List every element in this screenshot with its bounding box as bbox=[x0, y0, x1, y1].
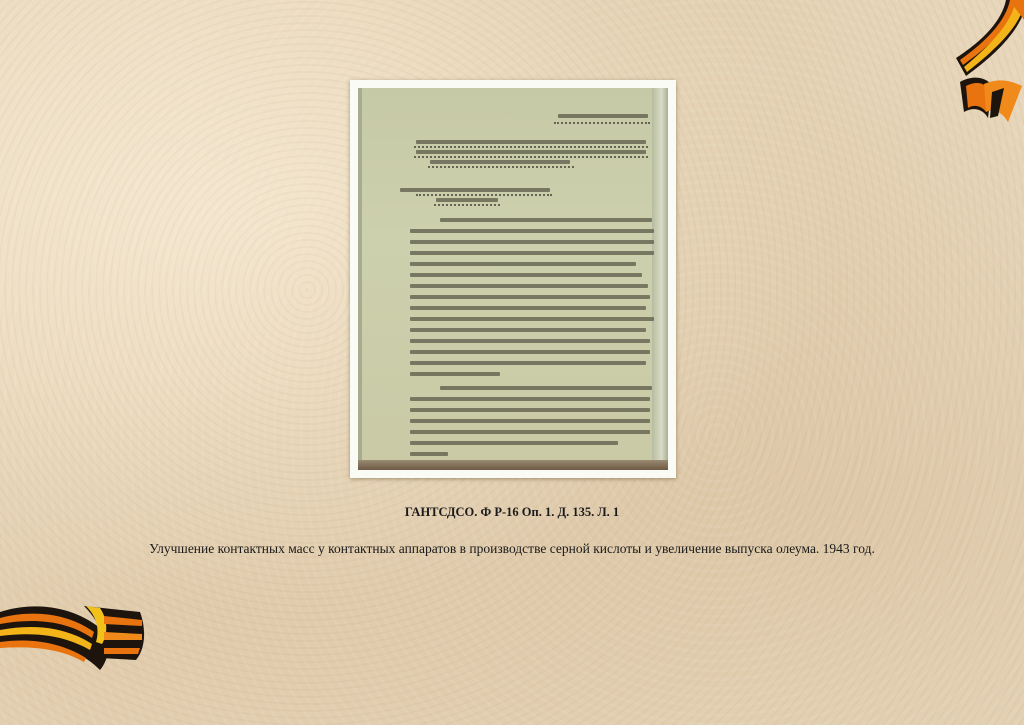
page-edge bbox=[358, 460, 668, 470]
typed-line bbox=[410, 452, 448, 456]
typed-line bbox=[410, 317, 654, 321]
typed-line bbox=[410, 339, 650, 343]
typed-line bbox=[410, 306, 646, 310]
typed-line bbox=[410, 397, 650, 401]
typed-line bbox=[410, 262, 636, 266]
document-caption: Улучшение контактных масс у контактных а… bbox=[0, 541, 1024, 557]
typed-line bbox=[410, 350, 650, 354]
typed-line bbox=[400, 188, 550, 192]
typed-line bbox=[410, 251, 654, 255]
page-edge bbox=[652, 88, 668, 470]
typed-line bbox=[410, 229, 654, 233]
typed-line bbox=[410, 284, 648, 288]
typed-line bbox=[410, 372, 500, 376]
typed-underline bbox=[554, 122, 650, 125]
scanned-document-page bbox=[358, 88, 668, 470]
typed-line bbox=[410, 328, 646, 332]
typed-line bbox=[430, 160, 570, 164]
typed-line bbox=[410, 419, 650, 423]
st-george-ribbon-icon bbox=[944, 0, 1024, 135]
typed-line bbox=[410, 430, 650, 434]
typed-line bbox=[416, 150, 646, 154]
typed-line bbox=[558, 114, 648, 118]
page-edge bbox=[358, 88, 362, 470]
typed-line bbox=[410, 408, 650, 412]
typed-underline bbox=[414, 146, 648, 149]
typed-line bbox=[440, 218, 652, 222]
typed-underline bbox=[414, 156, 648, 159]
typed-line bbox=[410, 441, 618, 445]
typed-line bbox=[410, 240, 654, 244]
typed-line bbox=[416, 140, 646, 144]
st-george-ribbon-icon bbox=[0, 598, 150, 676]
archive-citation: ГАНТСДСО. Ф Р-16 Оп. 1. Д. 135. Л. 1 bbox=[0, 505, 1024, 520]
typed-line bbox=[410, 361, 646, 365]
typed-line bbox=[410, 295, 650, 299]
typed-line bbox=[436, 198, 498, 202]
typed-underline bbox=[416, 194, 552, 197]
typed-line bbox=[440, 386, 652, 390]
typed-underline bbox=[428, 166, 574, 169]
typed-underline bbox=[434, 204, 500, 207]
typed-line bbox=[410, 273, 642, 277]
document-photo bbox=[350, 80, 676, 478]
